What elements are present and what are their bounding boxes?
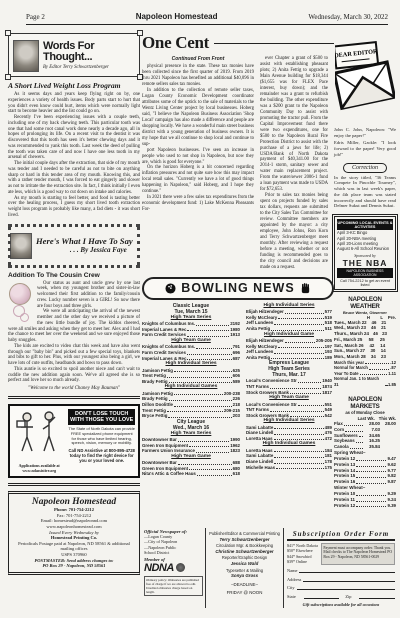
paragraph: In 2021 there were a few sales tax expen… — [142, 195, 254, 213]
bowling-hand-icon — [300, 283, 311, 294]
ad-title: DON'T LOSE TOUCH WITH THOSE YOU LOVE — [68, 409, 135, 425]
event-item: August 6-All School Reunion — [337, 246, 393, 251]
staff-entry: Reporter/Graphic Design Jessica Wald — [209, 556, 280, 566]
winter-wheat-table: Protein 109.29 Protein 119.24 Protein 12… — [334, 491, 396, 508]
market-row: Protein 129.39 — [334, 503, 396, 509]
weather-title: NAPOLEON WEATHER — [334, 296, 396, 310]
staff-name: Sonya Gross — [209, 573, 280, 578]
ad-illustration — [15, 409, 63, 455]
price-line: $39* Online — [287, 559, 318, 564]
stat-row: Nita's Attic & Coffee Haus618 — [142, 471, 240, 477]
paragraphs: physical presence in the state. These ta… — [142, 64, 254, 213]
correction-text: In the story titled, "36 Teams Compete I… — [334, 175, 396, 209]
paragraph: physical presence in the state. These ta… — [142, 64, 254, 88]
weather-summary-row: Normal Jan. 1 to March 311.85 — [334, 376, 396, 387]
left-column: Words For Thought... By Editor Terry Sch… — [8, 33, 140, 575]
paragraph: port Napoleon businesses. I've seen an i… — [142, 148, 254, 166]
article-body: Our status as aunt and uncle grew by one… — [8, 281, 140, 392]
weather-summary: March this year.12 Normal for March.87 Y… — [334, 360, 396, 388]
stat-row: Michelle Haas175 — [246, 465, 332, 471]
bowling-column-1: Classic League Tue, March 15 High Team S… — [142, 303, 240, 477]
paragraph: In addition to the collection of remote … — [142, 88, 254, 148]
newspaper-page: Page 2 Napoleon Homestead Wednesday, Mar… — [0, 0, 400, 618]
paragraph: The initial couple days after the extrac… — [8, 161, 140, 196]
article-column-1: Continued From Front physical presence i… — [142, 56, 254, 271]
right-column: Dear Editor John C. John, Napoleon: "We … — [334, 33, 396, 508]
middle-column: One Cent Continued From Front physical p… — [142, 33, 334, 477]
name-input-line[interactable] — [299, 572, 395, 573]
markets-subtitle: as of Monday Close — [334, 410, 396, 415]
obituary-policy-note: Obituary policy: Obituaries are publishe… — [144, 576, 203, 596]
stat-list: Jamison Fettig625Trent Fettig606Brady Fe… — [142, 368, 240, 385]
events-box: Upcoming Local Events & Activities April… — [334, 216, 396, 290]
stat-list: Downtowner Bar688Green Iron Equipment680… — [142, 460, 240, 477]
ad-text-side: DON'T LOSE TOUCH WITH THOSE YOU LOVE The… — [68, 409, 135, 473]
stat-list: Knights of Columbus Ins.2192Imperial Lan… — [142, 321, 240, 338]
official-list: —Logan County—City of Napoleon—Napoleon … — [144, 534, 203, 556]
correction-label: Correction — [343, 163, 387, 173]
staff-name: Terry Schwartzenberger — [209, 537, 280, 542]
reader-quote: John C. John, Napoleon: "We enjoy the pa… — [334, 127, 396, 138]
sponsor-subtitle: Napoleon Business Association — [337, 268, 393, 278]
headline-rule — [214, 43, 334, 44]
stat-list: Jamison Fettig200-238Brady Fettig226Dill… — [142, 391, 240, 419]
jessica-banner: Here's What I Have To Say . . . By Jessi… — [8, 224, 140, 268]
stat-list: Elijah Hilzendeger577Kelly McCleary519Je… — [246, 309, 332, 331]
stat-list: Local's Convenience Str551TNT Farms549St… — [246, 402, 332, 419]
staff-name: Jessica Wald — [209, 561, 280, 566]
masthead-title: Napoleon Homestead — [11, 497, 137, 507]
paragraphs: ever Chapter a grant of $500 to assist w… — [260, 56, 328, 271]
stat-list: Local's Convenience Str1940TNT Farms1874… — [246, 378, 332, 395]
nd-assistive-ad: Applications available at www.ndassistiv… — [8, 404, 140, 478]
column-byline: . . . By Jessica Faye — [36, 246, 133, 254]
ad-body: The State of North Dakota can provide FR… — [68, 427, 135, 446]
ndna-logo: NDNA — [144, 562, 203, 574]
ad-applications-text: Applications available at www.ndassistiv… — [13, 464, 65, 473]
form-field-state-zip: State Zip — [287, 594, 395, 599]
stat-list: Sami Labatte489Diane Lindell476Loretta H… — [246, 425, 332, 442]
paragraph: As it seems days and years keep flying r… — [8, 92, 140, 115]
paragraph: On the horizon Hoberg is a bit concerned… — [142, 165, 254, 195]
page-header: Page 2 Napoleon Homestead Wednesday, Mar… — [26, 12, 388, 25]
bowling-column-2: High Individual Series Elijah Hilzendege… — [246, 303, 332, 477]
form-field-address: Address — [287, 577, 395, 582]
stat-list: Knights of Columbus Ins.791Farm Credit S… — [142, 344, 240, 361]
article-headline: Addition To The Cousin Crew — [8, 272, 140, 279]
one-cent-article: Continued From Front physical presence i… — [142, 56, 334, 271]
payment-note: Payment must accompany order. Thank you.… — [321, 543, 395, 565]
staff-list: Publisher/Editor & Commercial Printing T… — [209, 532, 280, 579]
markets-section: NAPOLEON MARKETS as of Monday Close Last… — [334, 396, 396, 508]
address-input-line[interactable] — [303, 581, 395, 582]
column-byline: By Editor Terry Schwartzenberger — [43, 65, 135, 70]
events-title: Upcoming Local Events & Activities — [337, 219, 393, 230]
reader-quote: Edris Miller, Gackle: "I look forward to… — [334, 140, 396, 157]
official-item: School District — [144, 550, 203, 555]
form-field-city: City — [287, 585, 395, 590]
footer-row: Official Newspaper of: —Logan County—Cit… — [142, 528, 398, 608]
paragraph: As my mouth is starting to feel better, … — [8, 196, 140, 219]
bowling-stats: Classic League Tue, March 15 High Team S… — [142, 303, 334, 477]
masthead-po-box: PO Box 29 - Napoleon, ND 58561 — [11, 563, 137, 569]
form-field-name: Name — [287, 568, 395, 573]
jessica-column-title: Here's What I Have To Say . . . By Jessi… — [36, 237, 133, 255]
baby-rattle-icon — [8, 283, 34, 323]
column-title: Words For Thought... — [43, 41, 135, 63]
one-cent-headline-row: One Cent — [142, 33, 334, 53]
words-for-thought-titles: Words For Thought... By Editor Terry Sch… — [43, 41, 135, 70]
article-column-2: ever Chapter a grant of $500 to assist w… — [260, 56, 328, 271]
bowling-ball-icon — [165, 283, 176, 294]
subscription-title: Subscription Order Form — [287, 530, 395, 541]
bowling-news-title: BOWLING NEWS — [181, 281, 294, 295]
events-phone-line: Call 754-2212 to get an event listed — [337, 279, 393, 287]
corner-ornament — [5, 30, 11, 36]
stat-list: Elijah Hilzendeger205-205Kelly McCleary1… — [246, 338, 332, 360]
paragraph: This auntie is so excited to spoil anoth… — [8, 367, 140, 384]
staff-entry: Publisher/Editor & Commercial Printing T… — [209, 532, 280, 542]
ndna-seal-icon — [176, 563, 185, 572]
dear-editor-graphic-wrap: Dear Editor — [334, 33, 396, 125]
markets-table: Flax 28.00 28.00 Corn 7.03 Sunflowers 34… — [334, 421, 396, 450]
stat-list: Loretta Haas184Sami Labatte181Diane Lind… — [246, 448, 332, 470]
editor-photo — [13, 40, 39, 72]
divider-rule — [8, 483, 140, 486]
city-input-line[interactable] — [297, 589, 395, 590]
continued-from-front: Continued From Front — [142, 56, 254, 62]
events-list: April 3-KC BingoApril 20-NBA meetingApri… — [337, 230, 393, 251]
closing-line: "Welcome to the world Chaney May Bauman" — [8, 386, 140, 391]
article-headline: A Short Lived Weight Loss Program — [8, 81, 140, 90]
markets-title: NAPOLEON MARKETS — [334, 396, 396, 410]
deadline-value: FRIDAY @ NOON — [209, 590, 280, 596]
divider-rule — [8, 396, 140, 399]
dear-editor-envelope-icon: Dear Editor — [335, 33, 395, 125]
staff-entry: Typesetter & Mailing Sonya Gross — [209, 569, 280, 579]
subscription-form: Subscription Order Form $41* North Dakot… — [284, 528, 398, 608]
corner-ornament — [5, 74, 11, 80]
zip-input-line[interactable] — [359, 598, 395, 599]
staff-box: Publisher/Editor & Commercial Printing T… — [206, 528, 284, 608]
words-for-thought-box: Words For Thought... By Editor Terry Sch… — [8, 33, 140, 77]
issue-date: Wednesday, March 30, 2022 — [308, 13, 388, 21]
staff-name: Christine Schwartzenberger — [209, 549, 280, 554]
page-number: Page 2 — [26, 13, 45, 21]
paragraph: The kids are excited to video chat this … — [8, 344, 140, 367]
paper-name: Napoleon Homestead — [136, 12, 218, 21]
staff-entry: Circulation Mgr. & Bookkeeping Christine… — [209, 544, 280, 554]
bowling-news-banner: BOWLING NEWS — [142, 277, 334, 300]
jessica-photo — [10, 233, 32, 259]
gift-note: Gift subscriptions available for all occ… — [287, 602, 395, 607]
ad-phone-line: Call ND Assistive at 800-895-4728 today … — [68, 448, 135, 463]
state-input-line[interactable] — [304, 598, 340, 599]
official-newspaper-box: Official Newspaper of: —Logan County—Cit… — [142, 528, 206, 608]
weather-section: NAPOLEON WEATHER Bruce Wentz, Observer H… — [334, 296, 396, 388]
paragraph: ever Chapter a grant of $500 to assist w… — [260, 56, 328, 193]
stat-list: Downtowner Bar1990Green Iron Equipment19… — [142, 437, 240, 454]
article-body: As it seems days and years keep flying r… — [8, 92, 140, 219]
ad-illustration-side: Applications available at www.ndassistiv… — [13, 409, 65, 473]
reader-quotes: John C. John, Napoleon: "We enjoy the pa… — [334, 127, 396, 158]
column-title: Here's What I Have To Say — [36, 236, 133, 246]
deadline-label: –DEADLINE– — [209, 582, 280, 588]
subscription-prices: $41* North Dakota$50* Elsewhere$44* Snow… — [287, 543, 318, 565]
spring-wheat-table: Protein 129.47 Protein 139.62 Protein 14… — [334, 456, 396, 485]
sponsor-name: THE NBA — [337, 258, 393, 268]
masthead-postage: Periodicals Postage paid at Napoleon, ND… — [11, 541, 137, 552]
paragraph: Prior to sales tax monies being spent on… — [260, 193, 328, 271]
masthead-box: Napoleon Homestead Phone: 701-754-2212 F… — [8, 491, 140, 575]
paragraph: Recently I've been experiencing issues w… — [8, 115, 140, 161]
article-headline: One Cent — [142, 33, 209, 53]
weather-table: Tues., March 22 46 21 Wed., March 23 46 … — [334, 320, 396, 360]
